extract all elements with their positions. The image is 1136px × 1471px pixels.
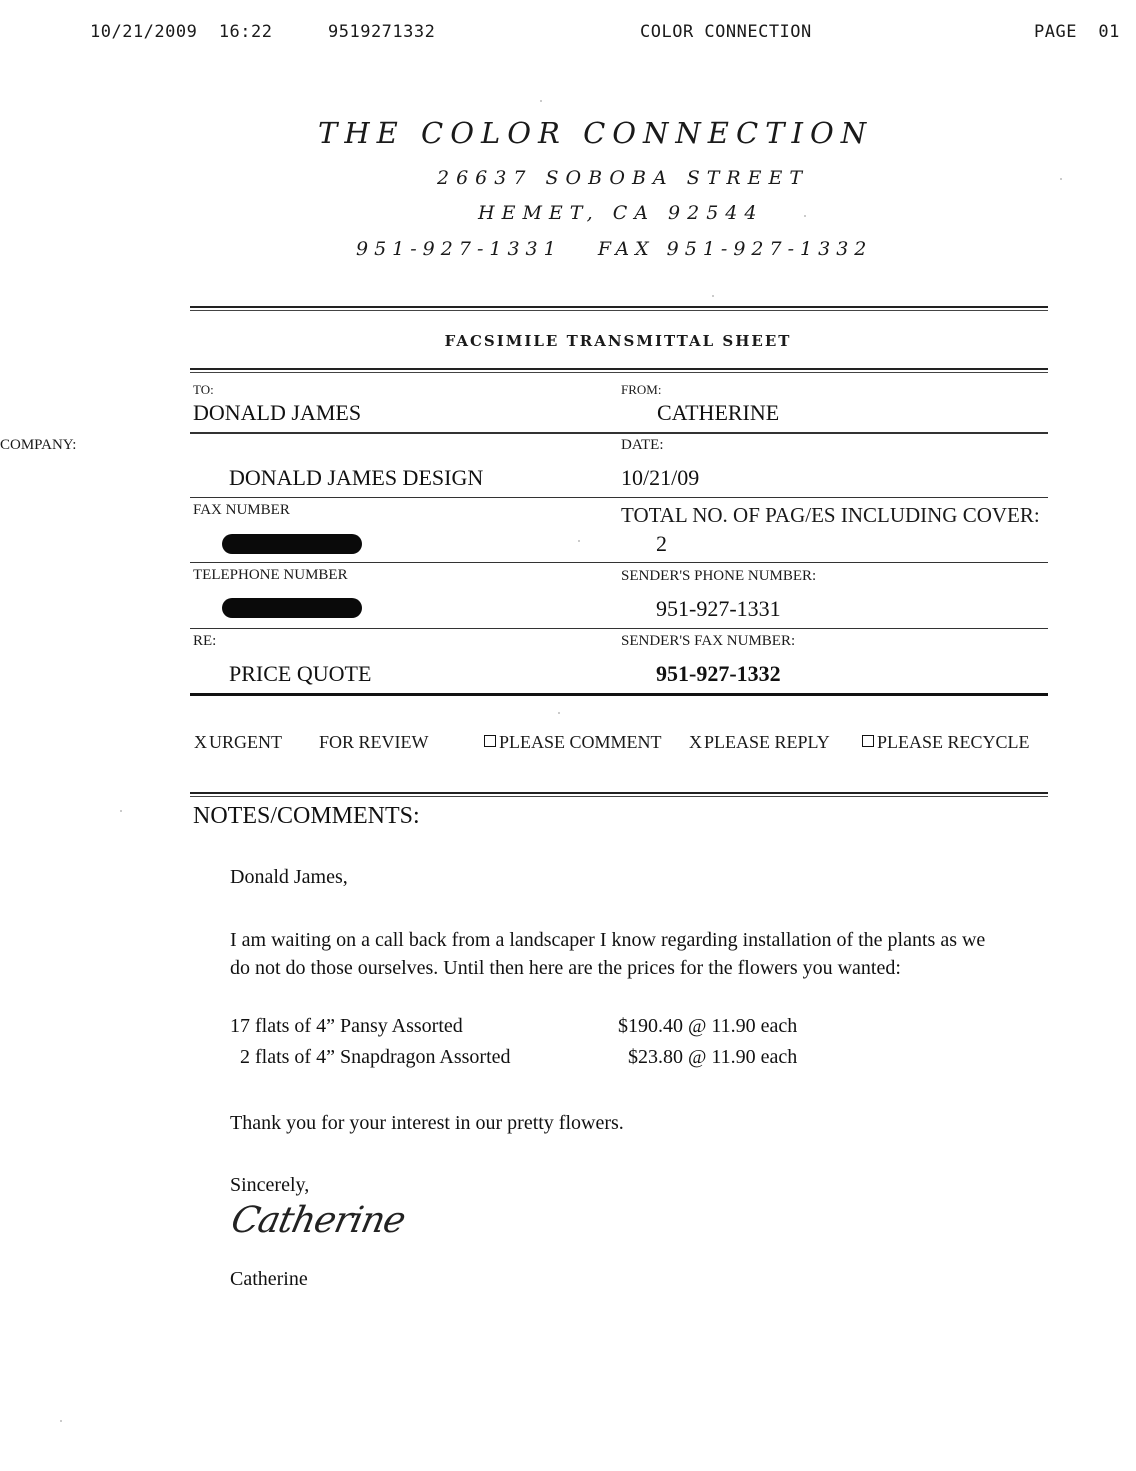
re-value: PRICE QUOTE xyxy=(229,661,371,687)
x-mark-icon: X xyxy=(194,732,207,752)
company-phone-fax: 951-927-1331 FAX 951-927-1332 xyxy=(356,238,872,260)
date-label: DATE: xyxy=(621,437,664,454)
sender-phone-value: 951-927-1331 xyxy=(656,596,781,622)
divider xyxy=(190,628,1048,629)
company-value: DONALD JAMES DESIGN xyxy=(229,465,483,491)
scan-speck xyxy=(540,100,542,102)
fax-sender-number: 9519271332 xyxy=(328,22,435,42)
fax-datetime: 10/21/2009 16:22 xyxy=(90,22,273,42)
from-value: CATHERINE xyxy=(657,400,779,426)
scan-speck xyxy=(1060,178,1062,180)
paragraph-line-1: I am waiting on a call back from a lands… xyxy=(230,925,985,955)
option-please-recycle[interactable]: PLEASE RECYCLE xyxy=(862,732,1030,753)
scan-speck xyxy=(804,215,806,217)
scan-speck xyxy=(578,540,580,542)
divider xyxy=(190,306,1048,311)
option-for-review[interactable]: FOR REVIEW xyxy=(319,732,429,753)
divider xyxy=(190,693,1048,696)
option-label: PLEASE RECYCLE xyxy=(877,732,1030,752)
item-description: 17 flats of 4” Pansy Assorted xyxy=(230,1015,463,1038)
handwritten-signature: Catherine xyxy=(228,1200,409,1241)
total-pages-value: 2 xyxy=(656,531,667,557)
option-urgent[interactable]: XURGENT xyxy=(194,732,282,753)
fax-number-redacted xyxy=(222,534,362,554)
re-label: RE: xyxy=(193,633,216,650)
divider xyxy=(190,562,1048,563)
to-value: DONALD JAMES xyxy=(193,400,361,426)
company-street: 26637 SOBOBA STREET xyxy=(437,167,809,189)
option-please-comment[interactable]: PLEASE COMMENT xyxy=(484,732,662,753)
fax-number-label: FAX NUMBER xyxy=(193,502,290,519)
scan-speck xyxy=(558,712,560,714)
scan-speck xyxy=(120,810,122,812)
checkbox-empty-icon xyxy=(862,735,874,747)
thanks-line: Thank you for your interest in our prett… xyxy=(230,1108,624,1138)
item-price: $190.40 @ 11.90 each xyxy=(618,1015,797,1038)
divider xyxy=(190,432,1048,434)
divider xyxy=(190,497,1048,498)
item-description: 2 flats of 4” Snapdragon Assorted xyxy=(230,1046,511,1069)
fax-sender-name: COLOR CONNECTION xyxy=(640,22,812,42)
total-pages-label: TOTAL NO. OF PAG/ES INCLUDING COVER: xyxy=(621,503,1040,528)
option-please-reply[interactable]: XPLEASE REPLY xyxy=(689,732,830,753)
from-label: FROM: xyxy=(621,382,661,398)
telephone-label: TELEPHONE NUMBER xyxy=(193,567,348,584)
scan-speck xyxy=(712,295,714,297)
to-label: TO: xyxy=(193,382,214,398)
company-city: HEMET, CA 92544 xyxy=(478,202,763,224)
date-value: 10/21/09 xyxy=(621,465,699,491)
divider xyxy=(190,368,1048,373)
option-label: PLEASE COMMENT xyxy=(499,732,662,752)
x-mark-icon: X xyxy=(689,732,702,752)
notes-heading: NOTES/COMMENTS: xyxy=(193,803,420,830)
company-label: COMPANY: xyxy=(0,437,76,454)
sender-fax-value: 951-927-1332 xyxy=(656,661,781,687)
sender-name: Catherine xyxy=(230,1264,308,1294)
paragraph-line-2: do not do those ourselves. Until then he… xyxy=(230,953,901,983)
scan-speck xyxy=(60,1420,62,1422)
salutation: Donald James, xyxy=(230,862,348,892)
sender-fax-label: SENDER'S FAX NUMBER: xyxy=(621,633,795,650)
closing: Sincerely, xyxy=(230,1170,309,1200)
option-label: URGENT xyxy=(209,732,282,752)
option-label: FOR REVIEW xyxy=(319,732,429,752)
company-name: THE COLOR CONNECTION xyxy=(318,116,873,150)
fax-page-number: PAGE 01 xyxy=(1034,22,1120,42)
item-price: $23.80 @ 11.90 each xyxy=(623,1046,797,1069)
telephone-redacted xyxy=(222,598,362,618)
sender-phone-label: SENDER'S PHONE NUMBER: xyxy=(621,568,816,585)
divider xyxy=(190,792,1048,797)
fax-transmission-header: 10/21/2009 16:22 9519271332 COLOR CONNEC… xyxy=(0,22,1136,48)
sheet-title: FACSIMILE TRANSMITTAL SHEET xyxy=(0,332,1136,350)
checkbox-empty-icon xyxy=(484,735,496,747)
option-label: PLEASE REPLY xyxy=(704,732,830,752)
